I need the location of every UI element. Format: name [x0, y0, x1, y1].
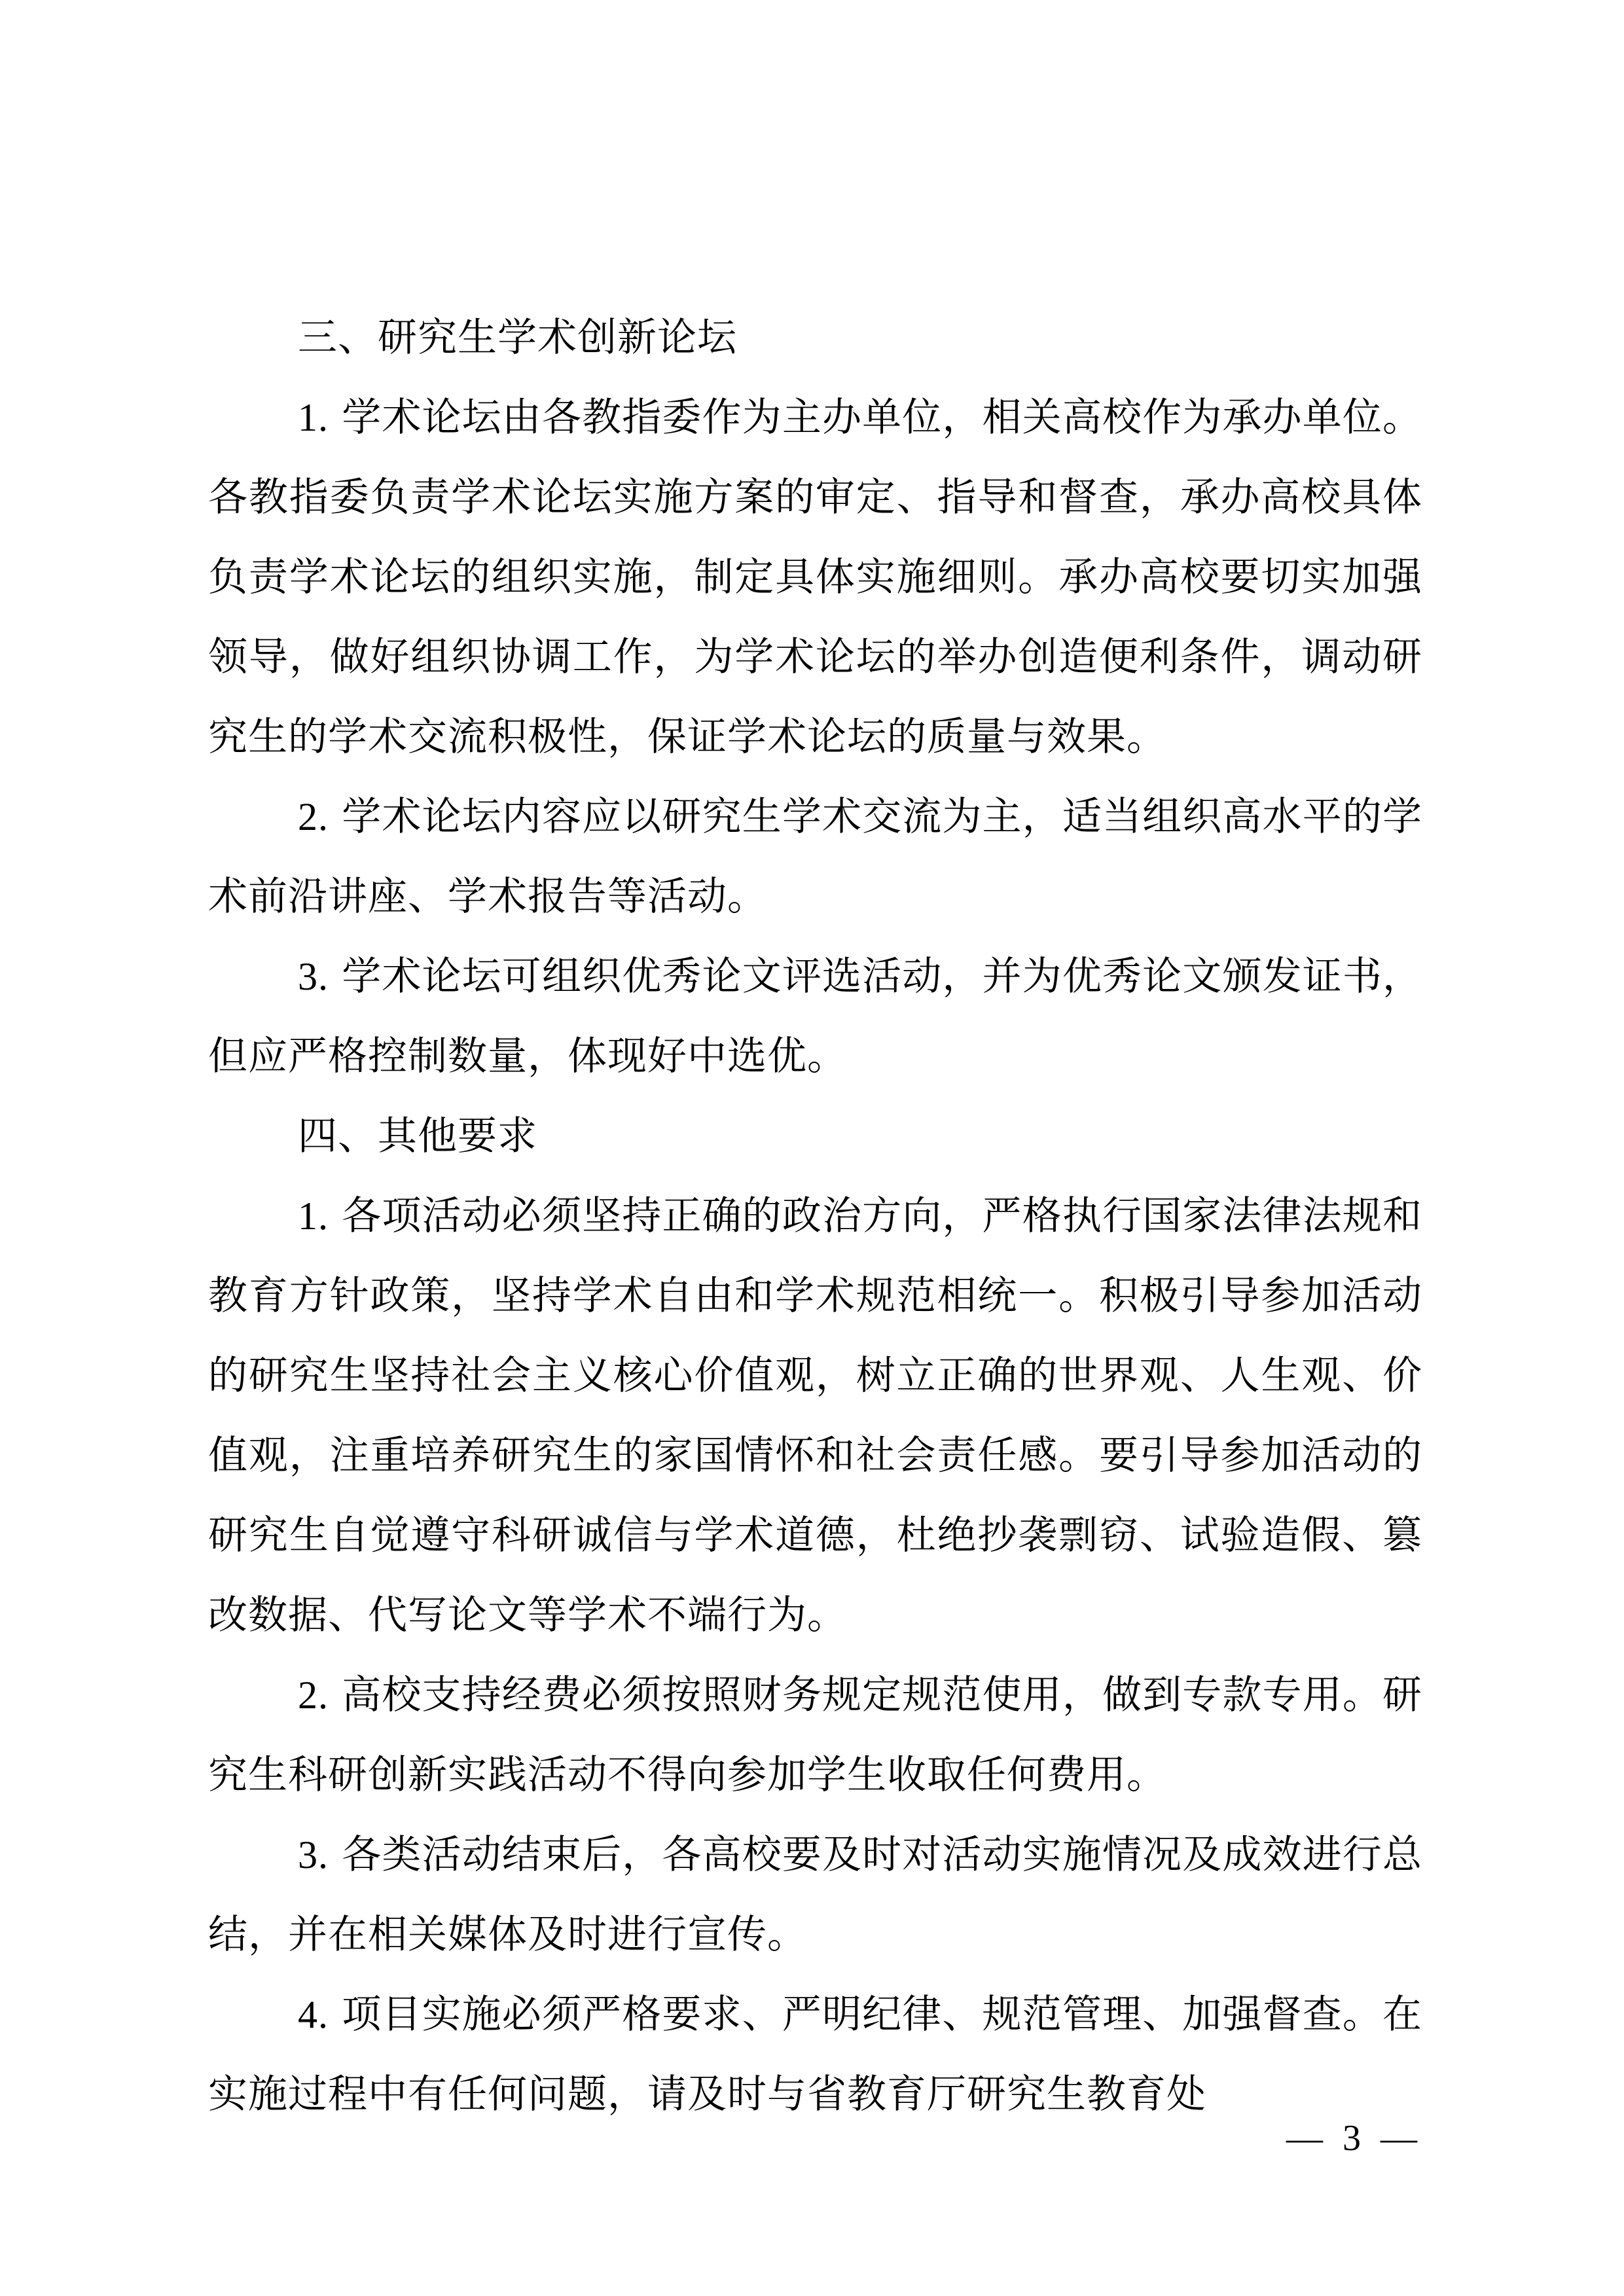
paragraph-number: 1. — [298, 396, 329, 439]
paragraph: 1. 学术论坛由各教指委作为主办单位，相关高校作为承办单位。各教指委负责学术论坛… — [208, 378, 1422, 777]
paragraph: 2. 学术论坛内容应以研究生学术交流为主，适当组织高水平的学术前沿讲座、学术报告… — [208, 777, 1422, 937]
paragraph: 4. 项目实施必须严格要求、严明纪律、规范管理、加强督查。在实施过程中有任何问题… — [208, 1975, 1422, 2134]
paragraph: 3. 各类活动结束后，各高校要及时对活动实施情况及成效进行总结，并在相关媒体及时… — [208, 1815, 1422, 1975]
paragraph: 2. 高校支持经费必须按照财务规定规范使用，做到专款专用。研究生科研创新实践活动… — [208, 1655, 1422, 1815]
paragraph-number: 2. — [298, 1674, 329, 1717]
section-heading-other-requirements: 四、其他要求 — [208, 1096, 1422, 1176]
paragraph-number: 4. — [298, 1993, 329, 2036]
document-page: 三、研究生学术创新论坛 1. 学术论坛由各教指委作为主办单位，相关高校作为承办单… — [208, 298, 1422, 2134]
paragraph-text: 项目实施必须严格要求、严明纪律、规范管理、加强督查。在实施过程中有任何问题，请及… — [208, 1992, 1422, 2117]
paragraph: 3. 学术论坛可组织优秀论文评选活动，并为优秀论文颁发证书，但应严格控制数量，体… — [208, 937, 1422, 1096]
paragraph-text: 各类活动结束后，各高校要及时对活动实施情况及成效进行总结，并在相关媒体及时进行宣… — [208, 1832, 1422, 1958]
page-number: — 3 — — [1286, 2117, 1422, 2159]
paragraph-text: 各项活动必须坚持正确的政治方向，严格执行国家法律法规和教育方针政策，坚持学术自由… — [208, 1193, 1422, 1638]
section-heading-forum: 三、研究生学术创新论坛 — [208, 298, 1422, 378]
paragraph-number: 3. — [298, 1833, 329, 1876]
paragraph-number: 1. — [298, 1194, 329, 1238]
paragraph-number: 3. — [298, 955, 329, 998]
paragraph-text: 学术论坛可组织优秀论文评选活动，并为优秀论文颁发证书，但应严格控制数量，体现好中… — [208, 954, 1422, 1079]
paragraph-text: 学术论坛内容应以研究生学术交流为主，适当组织高水平的学术前沿讲座、学术报告等活动… — [208, 794, 1422, 920]
paragraph-number: 2. — [298, 795, 329, 838]
paragraph: 1. 各项活动必须坚持正确的政治方向，严格执行国家法律法规和教育方针政策，坚持学… — [208, 1176, 1422, 1655]
paragraph-text: 学术论坛由各教指委作为主办单位，相关高校作为承办单位。各教指委负责学术论坛实施方… — [208, 395, 1422, 760]
paragraph-text: 高校支持经费必须按照财务规定规范使用，做到专款专用。研究生科研创新实践活动不得向… — [208, 1672, 1422, 1798]
